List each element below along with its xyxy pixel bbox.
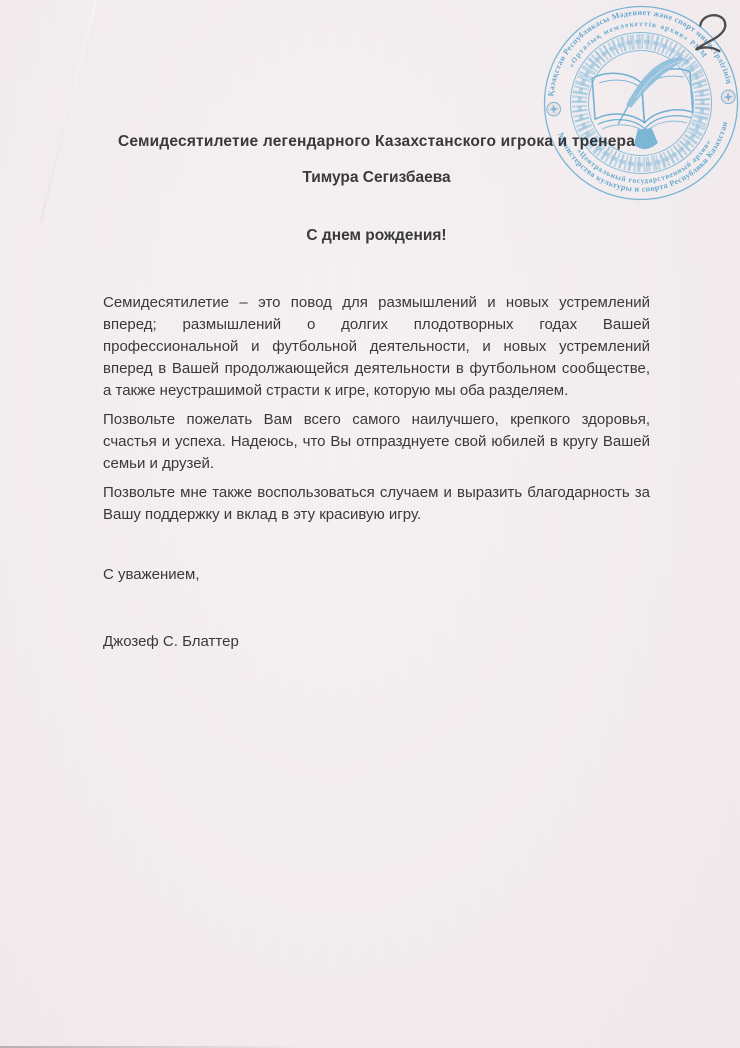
scanned-letter-page: Семидесятилетие легендарного Казахстанск… <box>0 0 740 1048</box>
handwritten-page-number: 2 <box>685 4 736 62</box>
handwritten-2-stroke <box>695 13 727 55</box>
letter-closing: С уважением, <box>103 566 200 583</box>
stamp-outer-bottom-text: Министерства культуры и спорта Республик… <box>556 120 734 200</box>
letter-title-line2: Тимура Сегизбаева <box>103 169 650 187</box>
stamp-left-cross-icon <box>546 102 561 117</box>
letter-paragraph-2: Позвольте пожелать Вам всего самого наил… <box>103 409 650 475</box>
letter-salutation: С днем рождения! <box>103 227 650 245</box>
letter-paragraph-1: Семидесятилетие – это повод для размышле… <box>103 292 650 402</box>
letter-title-line1: Семидесятилетие легендарного Казахстанск… <box>103 133 650 151</box>
paper-crease <box>39 0 100 223</box>
letter-signature-name: Джозеф С. Блаттер <box>103 633 239 650</box>
stamp-right-cross-icon <box>721 90 736 105</box>
letter-body: Семидесятилетие – это повод для размышле… <box>103 292 650 533</box>
letter-paragraph-3: Позвольте мне также воспользоваться случ… <box>103 482 650 526</box>
